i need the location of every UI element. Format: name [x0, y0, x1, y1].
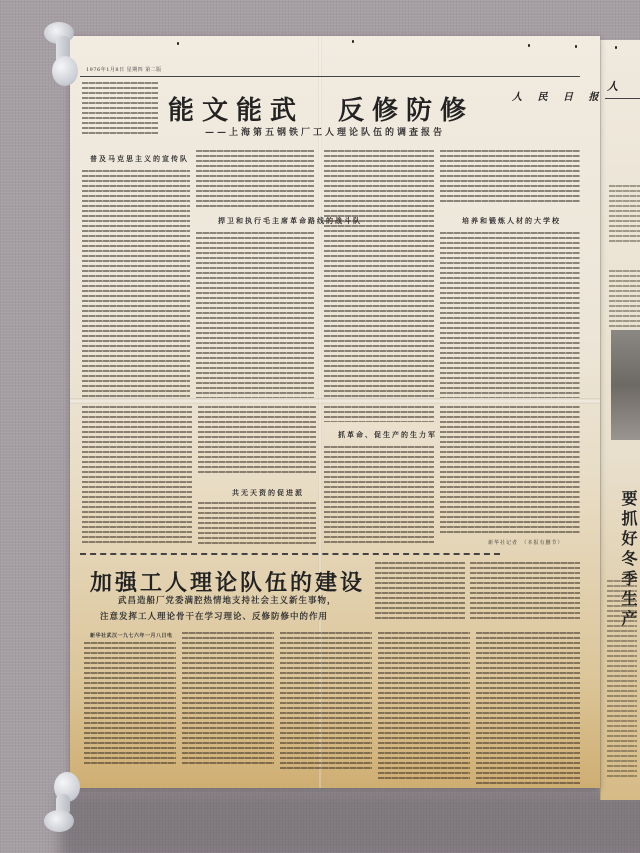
date-line: 1976年1月8日 星期四 第二版 — [86, 66, 162, 73]
top-headline: 能文能武 反修防修 — [168, 90, 474, 127]
section-heading: 培养和锻炼人材的大学校 — [462, 216, 561, 226]
adjacent-newspaper-sheet: 人 要抓好冬季生产 — [600, 40, 640, 800]
article-text-column — [182, 632, 274, 767]
bottom-headline: 加强工人理论队伍的建设 — [90, 566, 365, 597]
pin-hole — [177, 42, 179, 45]
top-subheadline: ——上海第五钢铁厂工人理论队伍的调查报告 — [205, 125, 445, 138]
article-text-column — [198, 406, 316, 474]
article-text-column — [280, 632, 372, 772]
masthead-rule — [80, 76, 580, 77]
board-shadow — [60, 790, 640, 853]
horizontal-fold — [70, 398, 600, 404]
bottom-dateline: 新华社武汉一九七六年一月八日电 — [90, 632, 173, 639]
adjacent-masthead-rule — [605, 98, 640, 99]
article-credit: 新华社记者 （本报有删节） — [488, 539, 564, 546]
article-divider — [80, 553, 500, 555]
article-text-column — [82, 406, 192, 546]
adjacent-text-column — [609, 270, 640, 330]
bottom-subheadline-2: 注意发挥工人理论骨干在学习理论、反修防修中的作用 — [100, 610, 328, 622]
adjacent-publication-name: 人 — [607, 78, 618, 94]
article-text-column — [470, 562, 580, 622]
article-text-column — [440, 232, 580, 398]
adjacent-text-column — [609, 185, 640, 245]
article-text-column — [198, 502, 316, 546]
section-heading: 共无天资的促进派 — [232, 488, 304, 498]
pin-hole — [352, 40, 354, 43]
publication-name: 人 民 日 报 — [512, 88, 604, 103]
article-text-column — [378, 632, 470, 780]
section-heading: 普及马克思主义的宣传队 — [90, 154, 189, 164]
article-text-column — [440, 406, 580, 534]
intro-text-column — [82, 82, 158, 134]
article-text-column — [375, 562, 465, 622]
article-text-column — [324, 406, 434, 422]
pin-hole — [615, 46, 617, 49]
pin-hole — [528, 44, 530, 47]
article-text-column — [82, 170, 190, 398]
article-text-column — [476, 632, 580, 784]
article-text-column — [324, 446, 434, 546]
adjacent-text-column — [607, 580, 637, 780]
article-text-column — [196, 232, 314, 398]
article-text-column — [324, 150, 434, 398]
adjacent-photo — [611, 330, 640, 440]
article-text-column — [440, 150, 580, 205]
pin-hole — [575, 45, 577, 48]
article-text-column — [196, 150, 314, 210]
bottom-subheadline-1: 武昌造船厂党委满腔热情地支持社会主义新生事物， — [118, 594, 337, 606]
article-text-column — [84, 642, 176, 767]
section-heading: 抓革命、促生产的生力军 — [338, 430, 437, 440]
